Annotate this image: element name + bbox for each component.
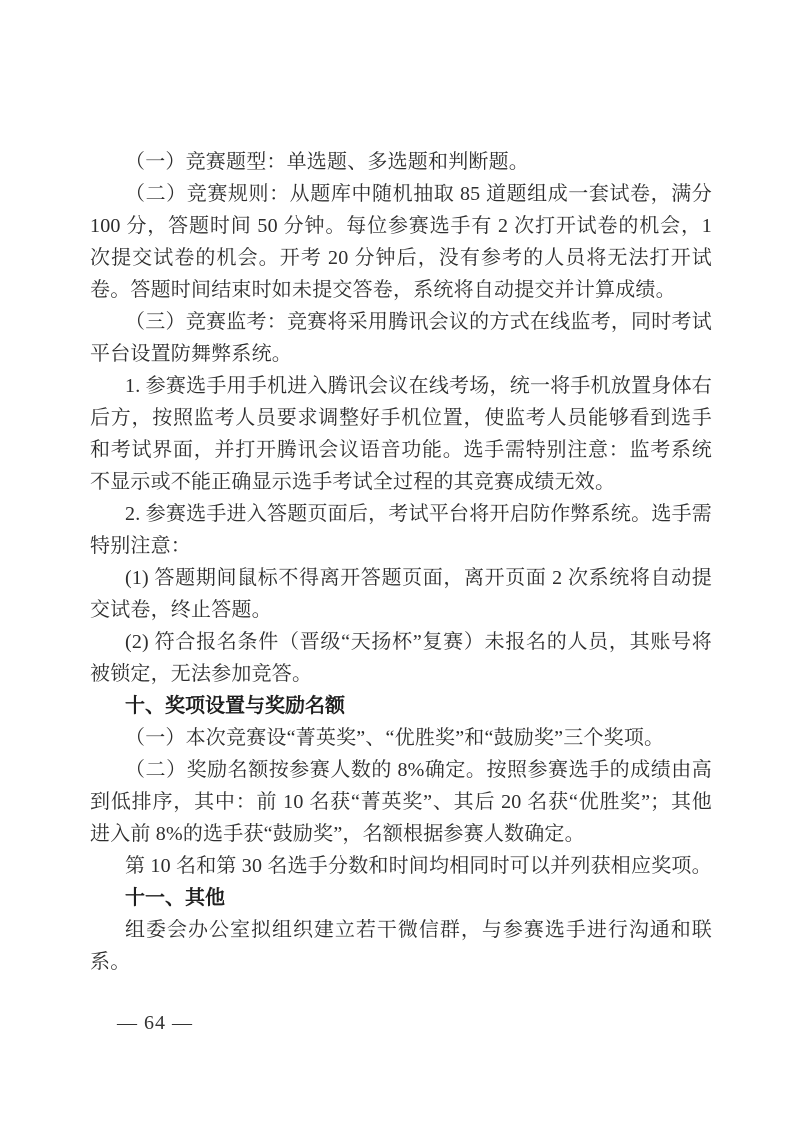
paragraph-wechat-groups: 组委会办公室拟组织建立若干微信群，与参赛选手进行沟通和联系。 bbox=[90, 914, 712, 978]
paragraph-anticheat-note-1: (1) 答题期间鼠标不得离开答题页面，离开页面 2 次系统将自动提交试卷，终止答… bbox=[90, 562, 712, 626]
paragraph-anticheat-note-2: (2) 符合报名条件（晋级“天扬杯”复赛）未报名的人员，其账号将被锁定，无法参加… bbox=[90, 626, 712, 690]
paragraph-award-quota: （二）奖励名额按参赛人数的 8%确定。按照参赛选手的成绩由高到低排序，其中：前 … bbox=[90, 754, 712, 850]
paragraph-proctoring-item-2: 2. 参赛选手进入答题页面后，考试平台将开启防作弊系统。选手需特别注意： bbox=[90, 498, 712, 562]
page-number: — 64 — bbox=[117, 1007, 193, 1039]
paragraph-competition-rules: （二）竞赛规则：从题库中随机抽取 85 道题组成一套试卷，满分 100 分，答题… bbox=[90, 178, 712, 306]
document-page: （一）竞赛题型：单选题、多选题和判断题。 （二）竞赛规则：从题库中随机抽取 85… bbox=[0, 0, 794, 1123]
paragraph-competition-proctoring: （三）竞赛监考：竞赛将采用腾讯会议的方式在线监考，同时考试平台设置防舞弊系统。 bbox=[90, 306, 712, 370]
paragraph-award-categories: （一）本次竞赛设“菁英奖”、“优胜奖”和“鼓励奖”三个奖项。 bbox=[90, 722, 712, 754]
paragraph-award-tie-rule: 第 10 名和第 30 名选手分数和时间均相同时可以并列获相应奖项。 bbox=[90, 850, 712, 882]
section-heading-other: 十一、其他 bbox=[90, 882, 712, 914]
section-heading-awards: 十、奖项设置与奖励名额 bbox=[90, 690, 712, 722]
paragraph-competition-question-types: （一）竞赛题型：单选题、多选题和判断题。 bbox=[90, 146, 712, 178]
paragraph-proctoring-item-1: 1. 参赛选手用手机进入腾讯会议在线考场，统一将手机放置身体右后方，按照监考人员… bbox=[90, 370, 712, 498]
document-body: （一）竞赛题型：单选题、多选题和判断题。 （二）竞赛规则：从题库中随机抽取 85… bbox=[90, 146, 712, 978]
